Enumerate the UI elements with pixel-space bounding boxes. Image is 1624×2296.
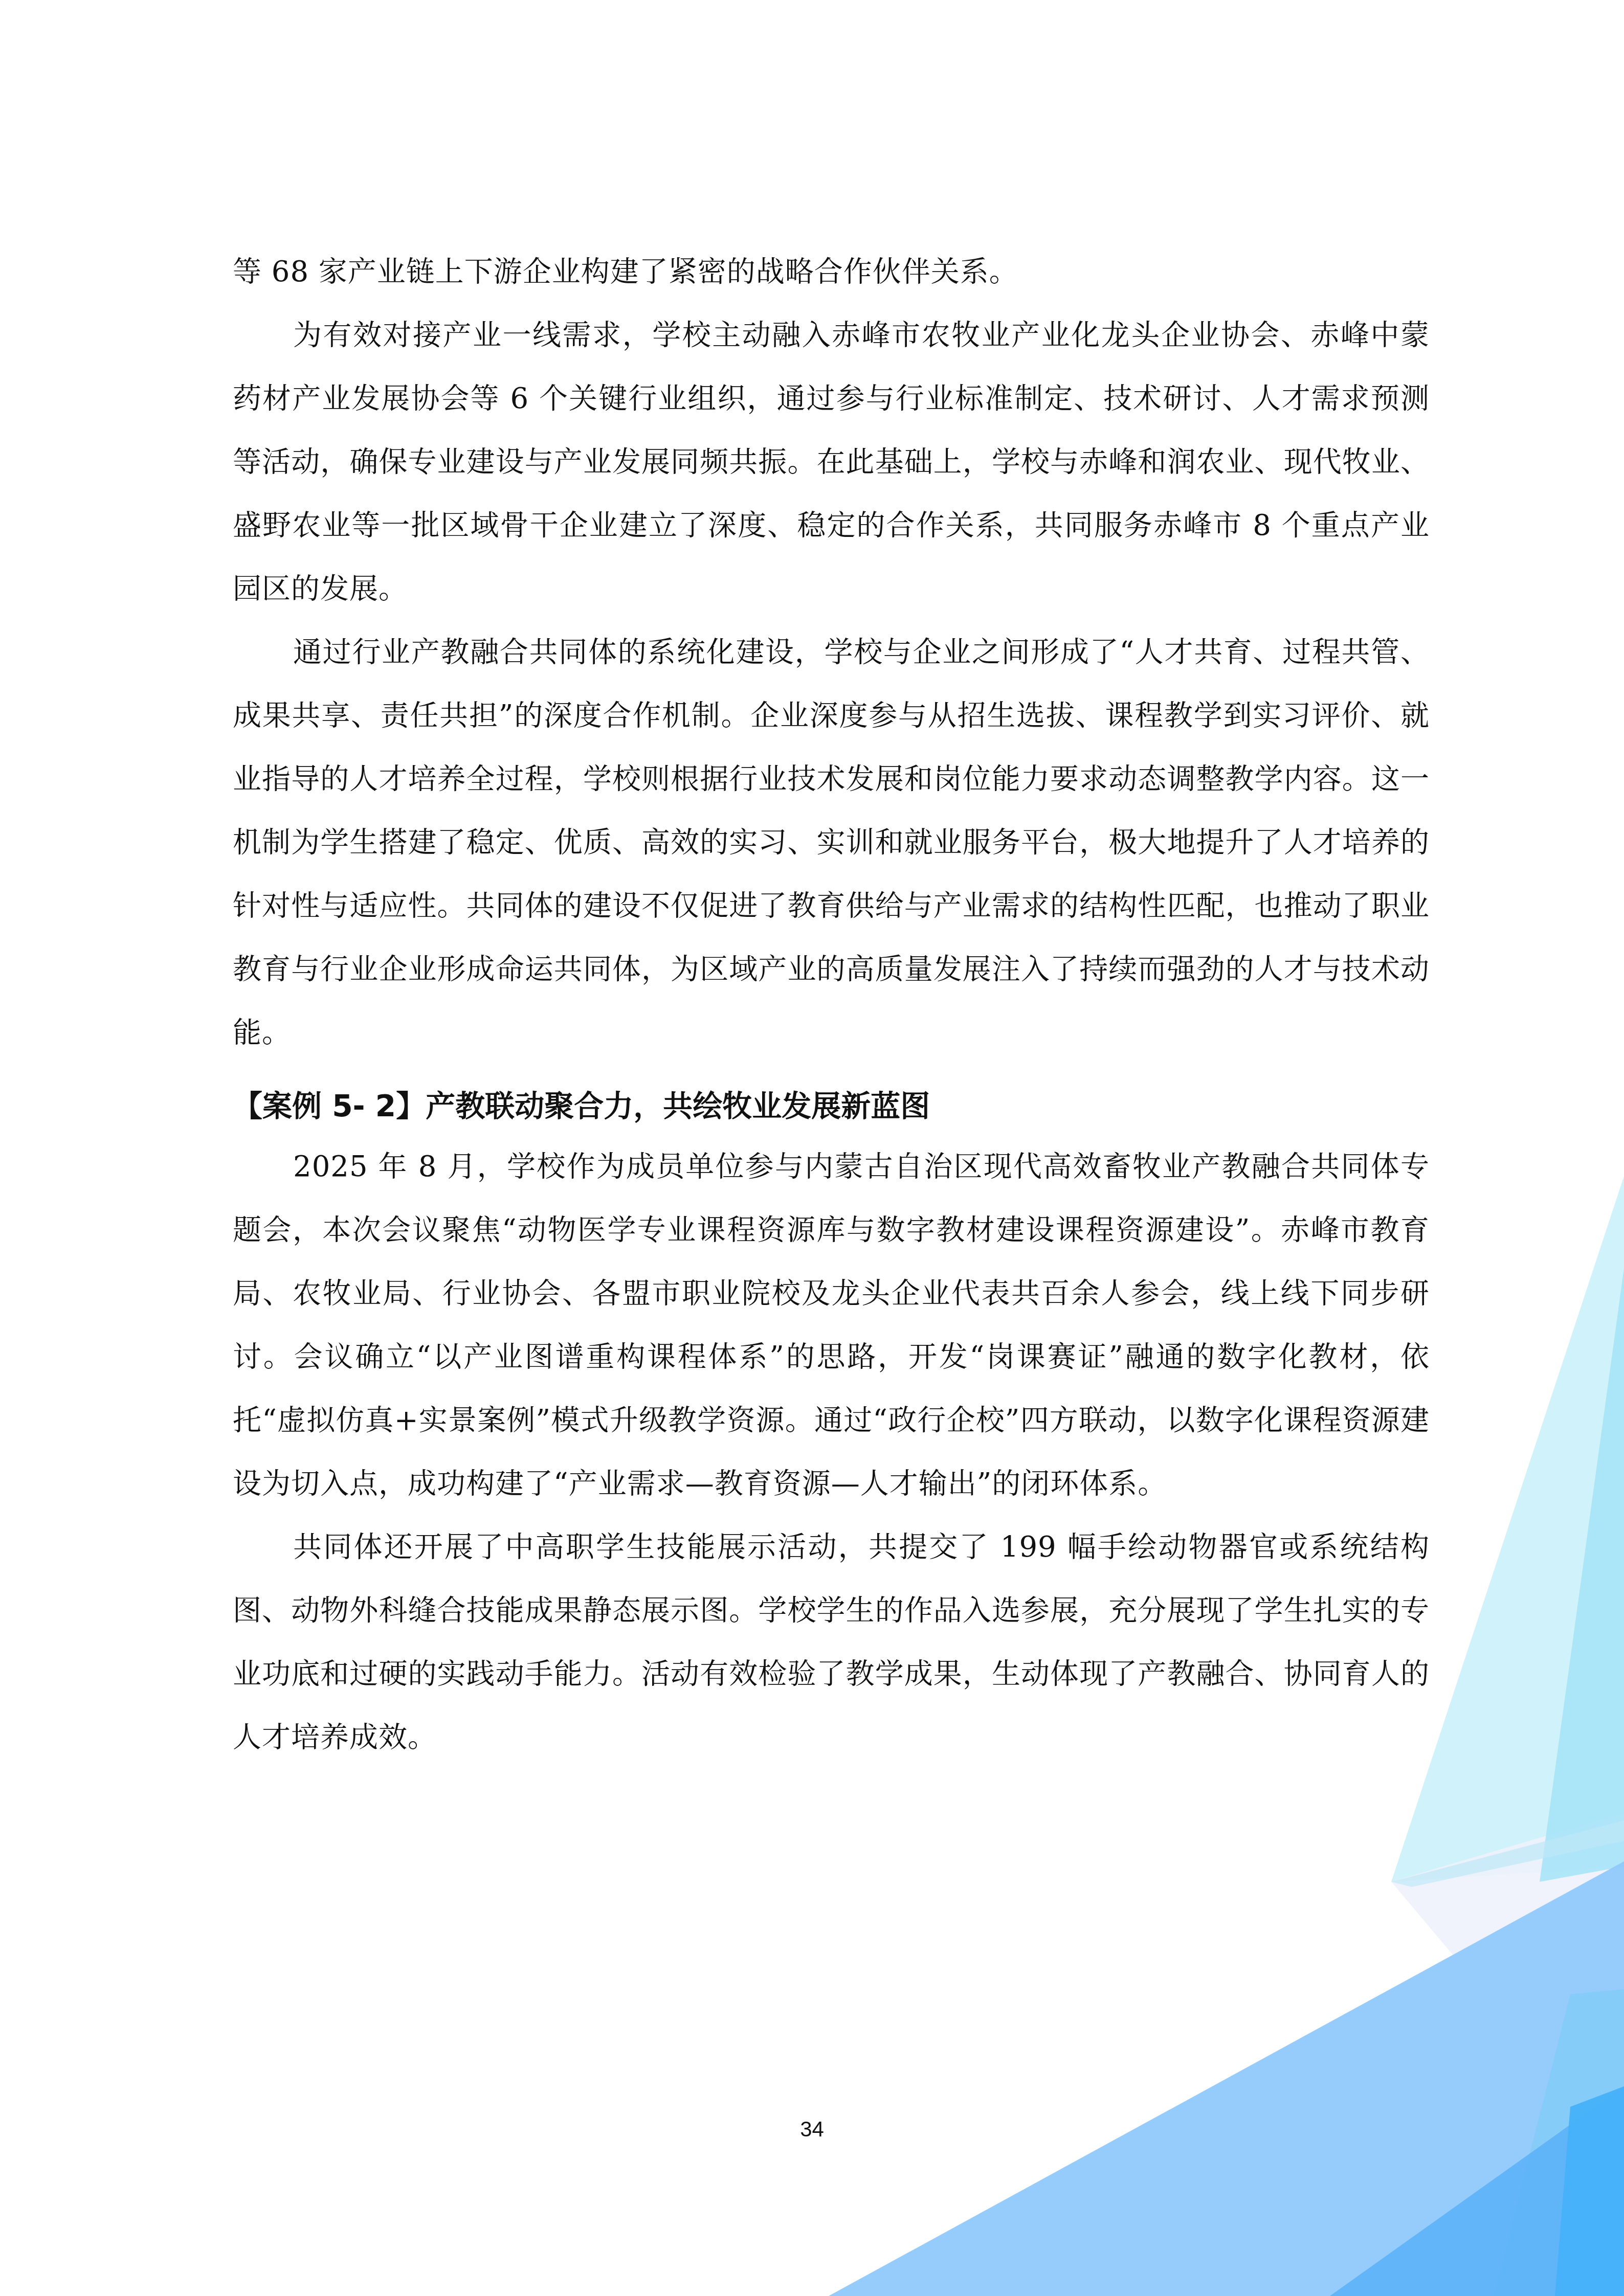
paragraph-cooperation-mechanism: 通过行业产教融合共同体的系统化建设，学校与企业之间形成了“人才共育、过程共管、成… <box>233 621 1430 1065</box>
paragraph-case-skills-exhibition: 共同体还开展了中高职学生技能展示活动，共提交了 199 幅手绘动物器官或系统结构… <box>233 1516 1430 1769</box>
paragraph-industry-organizations: 为有效对接产业一线需求，学校主动融入赤峰市农牧业产业化龙头企业协会、赤峰中蒙药材… <box>233 304 1430 621</box>
paragraph-case-meeting: 2025 年 8 月，学校作为成员单位参与内蒙古自治区现代高效畜牧业产教融合共同… <box>233 1135 1430 1516</box>
deco-triangle-light-cyan <box>1540 1268 1624 1882</box>
deco-triangle-lavender <box>1391 1813 1624 2158</box>
page-number: 34 <box>0 2117 1624 2142</box>
case-heading: 【案例 5- 2】产教联动聚合力，共绘牧业发展新蓝图 <box>233 1083 1430 1129</box>
paragraph-partner-enterprises: 等 68 家产业链上下游企业构建了紧密的战略合作伙伴关系。 <box>233 240 1430 304</box>
deco-triangle-sky-blue <box>829 1861 1624 2296</box>
deco-triangle-faint-blue <box>1391 1820 1624 1887</box>
deco-triangle-sky-blue-2 <box>1494 1989 1624 2296</box>
document-body: 等 68 家产业链上下游企业构建了紧密的战略合作伙伴关系。 为有效对接产业一线需… <box>233 240 1430 1769</box>
